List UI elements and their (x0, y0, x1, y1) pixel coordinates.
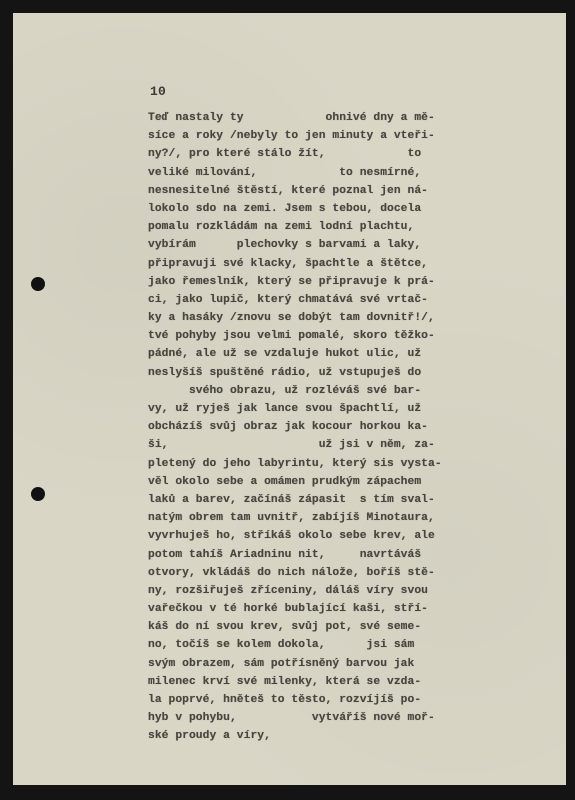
text-line: tvé pohyby jsou velmi pomalé, skoro těžk… (148, 327, 468, 345)
text-line: pletený do jeho labyrintu, který sis vys… (148, 455, 468, 473)
punch-hole-bottom (31, 487, 45, 501)
text-line: hyb v pohybu, vytváříš nové moř- (148, 709, 468, 727)
text-line: ské proudy a víry, (148, 727, 468, 745)
typewritten-text: Teď nastaly ty ohnivé dny a mě-síce a ro… (148, 109, 468, 746)
text-line: natým obrem tam uvnitř, zabíjíš Minotaur… (148, 509, 468, 527)
text-line: no, točíš se kolem dokola, jsi sám (148, 636, 468, 654)
text-line: obcházíš svůj obraz jak kocour horkou ka… (148, 418, 468, 436)
text-line: ky a hasáky /znovu se dobýt tam dovnitř!… (148, 309, 468, 327)
text-line: věl okolo sebe a omámen prudkým zápachem (148, 473, 468, 491)
text-line: ny?/, pro které stálo žít, to (148, 145, 468, 163)
text-line: milenec krví své milenky, která se vzda- (148, 673, 468, 691)
page-number: 10 (150, 84, 166, 99)
text-line: veliké milování, to nesmírné, (148, 164, 468, 182)
text-line: ny, rozšiřuješ zříceniny, dáláš víry svo… (148, 582, 468, 600)
text-line: síce a roky /nebyly to jen minuty a vteř… (148, 127, 468, 145)
text-line: vařečkou v té horké bublající kaši, stří… (148, 600, 468, 618)
text-line: la poprvé, hněteš to těsto, rozvíjíš po- (148, 691, 468, 709)
text-line: ci, jako lupič, který chmatává své vrtač… (148, 291, 468, 309)
punch-hole-top (31, 277, 45, 291)
text-line: laků a barev, začínáš zápasit s tím sval… (148, 491, 468, 509)
text-line: připravuji své klacky, špachtle a štětce… (148, 255, 468, 273)
text-line: pomalu rozkládám na zemi lodní plachtu, (148, 218, 468, 236)
text-line: svého obrazu, už rozléváš své bar- (148, 382, 468, 400)
text-line: vy, už ryješ jak lance svou špachtlí, už (148, 400, 468, 418)
text-line: ši, už jsi v něm, za- (148, 436, 468, 454)
text-line: nesnesitelné štěstí, které poznal jen ná… (148, 182, 468, 200)
text-line: Teď nastaly ty ohnivé dny a mě- (148, 109, 468, 127)
text-line: lokolo sdo na zemi. Jsem s tebou, docela (148, 200, 468, 218)
text-line: potom tahíš Ariadninu nit, navrtáváš (148, 546, 468, 564)
text-line: káš do ní svou krev, svůj pot, své seme- (148, 618, 468, 636)
text-line: vyvrhuješ ho, stříkáš okolo sebe krev, a… (148, 527, 468, 545)
text-line: pádné, ale už se vzdaluje hukot ulic, už (148, 345, 468, 363)
text-line: jako řemeslník, který se připravuje k pr… (148, 273, 468, 291)
text-line: svým obrazem, sám potřísněný barvou jak (148, 655, 468, 673)
text-line: neslyšíš spuštěné rádio, už vstupuješ do (148, 364, 468, 382)
text-line: vybírám plechovky s barvami a laky, (148, 236, 468, 254)
document-page: 10 Teď nastaly ty ohnivé dny a mě-síce a… (13, 13, 566, 785)
text-line: otvory, vkládáš do nich nálože, boříš st… (148, 564, 468, 582)
